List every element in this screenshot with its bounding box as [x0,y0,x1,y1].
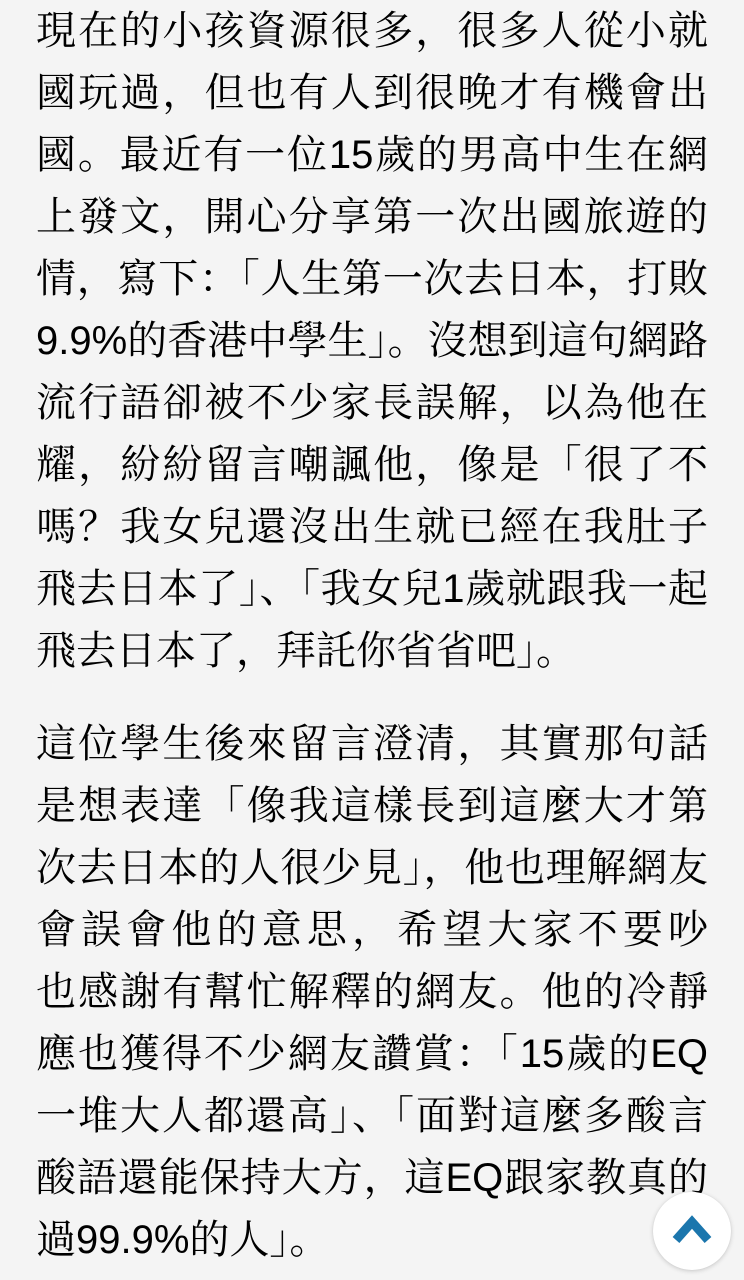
text-line: 飛去日本了」、「我女兒1歲就跟我一起 [36,558,708,620]
text-line: 這位學生後來留言澄清，其實那句話只 [36,713,708,775]
scroll-to-top-button[interactable] [653,1192,731,1270]
text-line: 飛去日本了，拜託你省省吧」。 [36,620,708,682]
text-line: 現在的小孩資源很多，很多人從小就出 [36,0,708,62]
chevron-up-icon [671,1217,713,1245]
text-line: 次去日本的人很少見」，他也理解網友 [36,837,708,899]
text-line: 嗎？我女兒還沒出生就已經在我肚子裡 [36,496,708,558]
text-line: 過99.9%的人」。 [36,1209,708,1271]
article-body: 現在的小孩資源很多，很多人從小就出國玩過，但也有人到很晚才有機會出國。最近有一位… [0,0,744,1271]
text-line: 酸語還能保持大方，這EQ跟家教真的贏 [36,1147,708,1209]
text-line: 一堆大人都還高」、「面對這麼多酸言 [36,1085,708,1147]
text-line: 9.9%的香港中學生」。沒想到這句網路 [36,310,708,372]
paragraph: 這位學生後來留言澄清，其實那句話只是想表達「像我這樣長到這麼大才第一次去日本的人… [36,713,708,1271]
text-line: 也感謝有幫忙解釋的網友。他的冷靜回 [36,961,708,1023]
text-line: 國玩過，但也有人到很晚才有機會出 [36,62,708,124]
text-line: 應也獲得不少網友讚賞：「15歲的EQ比 [36,1023,708,1085]
text-line: 情，寫下：「人生第一次去日本，打敗9 [36,248,708,310]
text-line: 耀，紛紛留言嘲諷他，像是「很了不起 [36,434,708,496]
text-line: 是想表達「像我這樣長到這麼大才第一 [36,775,708,837]
article-page: 現在的小孩資源很多，很多人從小就出國玩過，但也有人到很晚才有機會出國。最近有一位… [0,0,744,1280]
text-line: 上發文，開心分享第一次出國旅遊的心 [36,186,708,248]
text-line: 流行語卻被不少家長誤解，以為他在炫 [36,372,708,434]
paragraph: 現在的小孩資源很多，很多人從小就出國玩過，但也有人到很晚才有機會出國。最近有一位… [36,0,708,682]
text-line: 國。最近有一位15歲的男高中生在網路 [36,124,708,186]
text-line: 會誤會他的意思，希望大家不要吵架， [36,899,708,961]
